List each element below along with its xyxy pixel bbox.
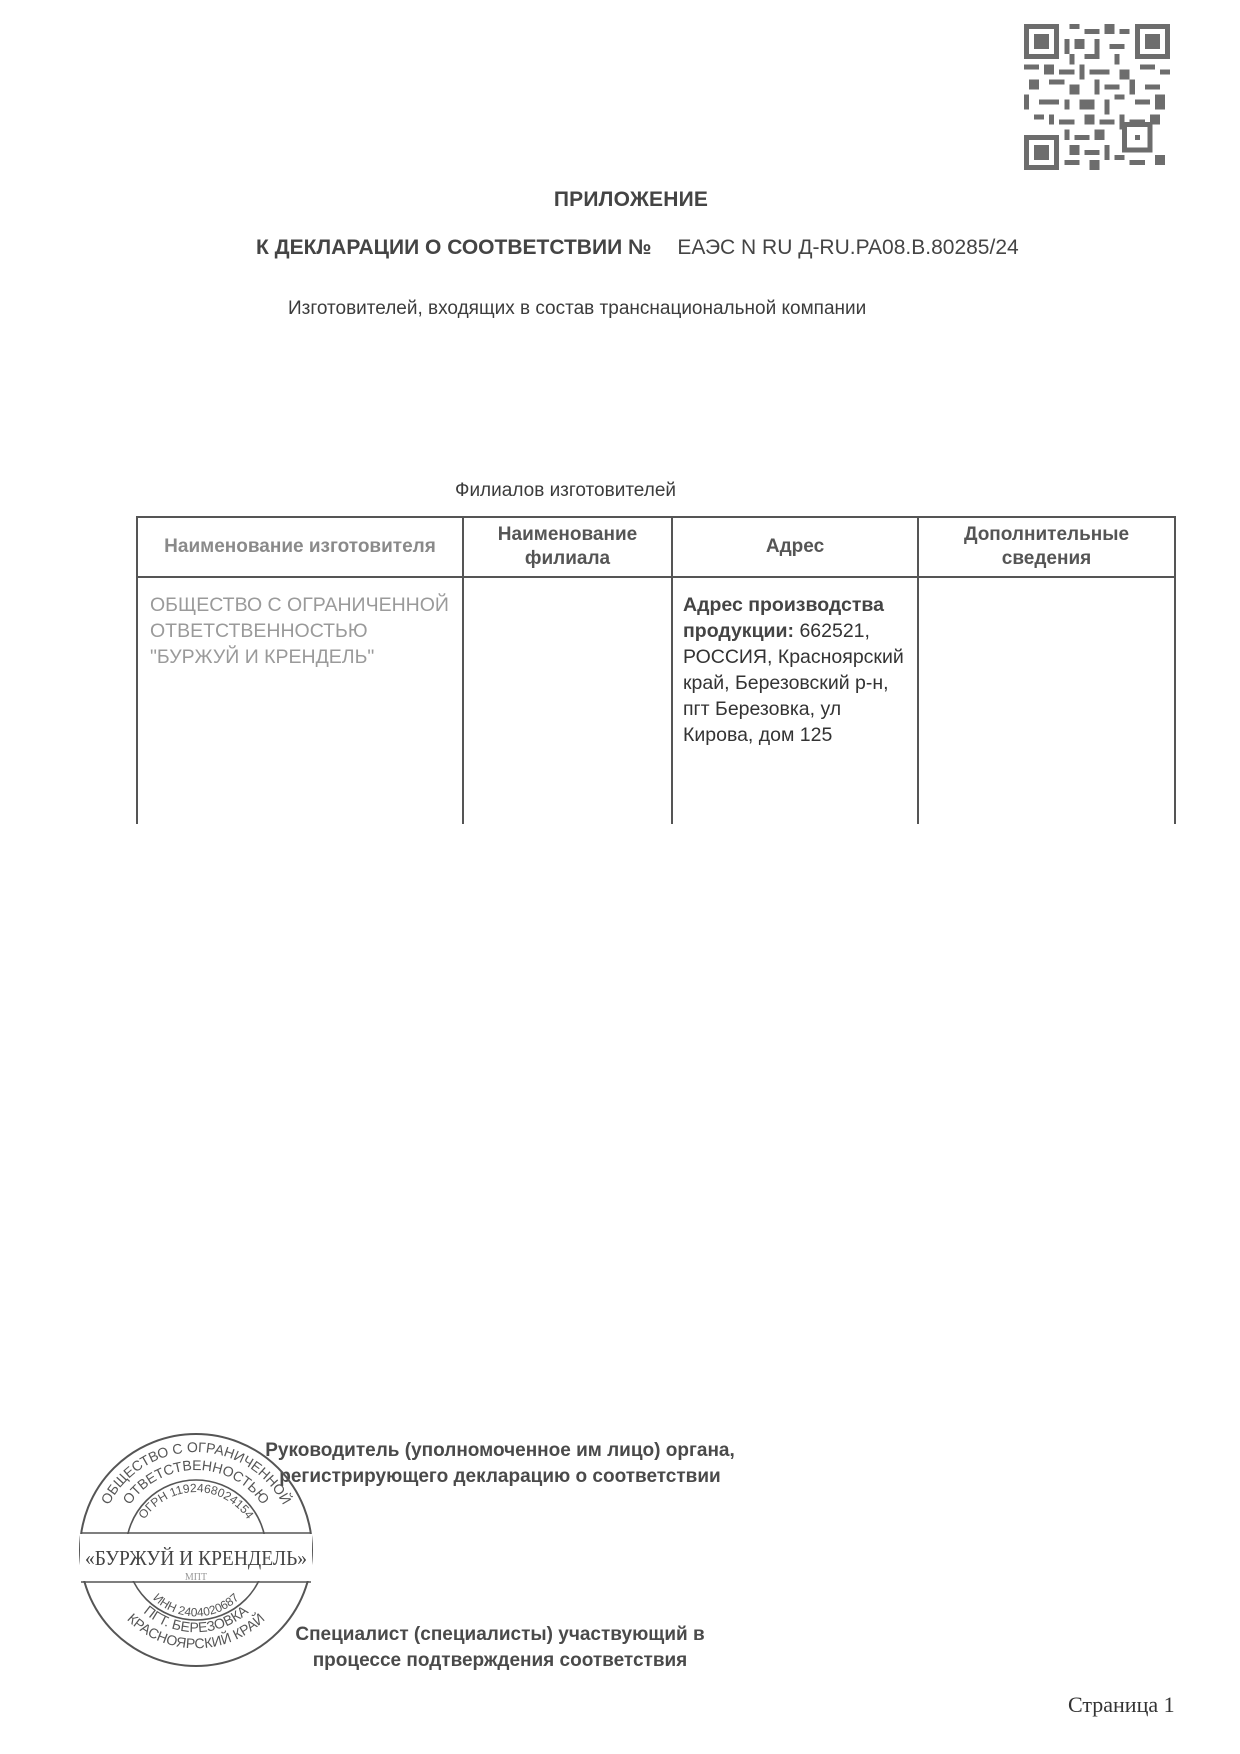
table-header-row: Наименование изготовителя Наименование ф…: [137, 517, 1175, 577]
branches-table: Наименование изготовителя Наименование ф…: [136, 516, 1176, 824]
svg-text:ОГРН 1192468024154: ОГРН 1192468024154: [136, 1481, 257, 1522]
column-header-address: Адрес: [672, 517, 918, 577]
declaration-label: К ДЕКЛАРАЦИИ О СООТВЕТСТВИИ №: [256, 236, 651, 259]
specialist-signature-label: Специалист (специалисты) участвующий в п…: [262, 1622, 738, 1674]
table-caption: Филиалов изготовителей: [455, 480, 676, 502]
column-header-branch: Наименование филиала: [463, 517, 672, 577]
document-title: ПРИЛОЖЕНИЕ: [0, 188, 1240, 212]
company-stamp-icon: ОБЩЕСТВО С ОГРАНИЧЕННОЙ ОТВЕТСТВЕННОСТЬЮ…: [76, 1430, 316, 1670]
declaration-number: ЕАЭС N RU Д-RU.PA08.B.80285/24: [677, 236, 1018, 259]
page-number: Страница 1: [1068, 1692, 1175, 1718]
column-header-manufacturer: Наименование изготовителя: [137, 517, 463, 577]
address-cell: Адрес производства продукции: 662521, РО…: [672, 577, 918, 824]
head-signature-label: Руководитель (уполномоченное им лицо) ор…: [262, 1438, 738, 1490]
table-row: ОБЩЕСТВО С ОГРАНИЧЕННОЙ ОТВЕТСТВЕННОСТЬЮ…: [137, 577, 1175, 824]
qr-code-icon: [1024, 24, 1170, 170]
additional-cell: [918, 577, 1175, 824]
svg-text:МПТ: МПТ: [185, 1572, 207, 1583]
column-header-additional: Дополнительные сведения: [918, 517, 1175, 577]
branch-cell: [463, 577, 672, 824]
document-subtitle: Изготовителей, входящих в состав трансна…: [288, 298, 866, 320]
svg-text:«БУРЖУЙ И КРЕНДЕЛЬ»: «БУРЖУЙ И КРЕНДЕЛЬ»: [85, 1546, 307, 1570]
manufacturer-cell: ОБЩЕСТВО С ОГРАНИЧЕННОЙ ОТВЕТСТВЕННОСТЬЮ…: [137, 577, 463, 824]
declaration-line: К ДЕКЛАРАЦИИ О СООТВЕТСТВИИ №ЕАЭС N RU Д…: [256, 236, 1019, 260]
